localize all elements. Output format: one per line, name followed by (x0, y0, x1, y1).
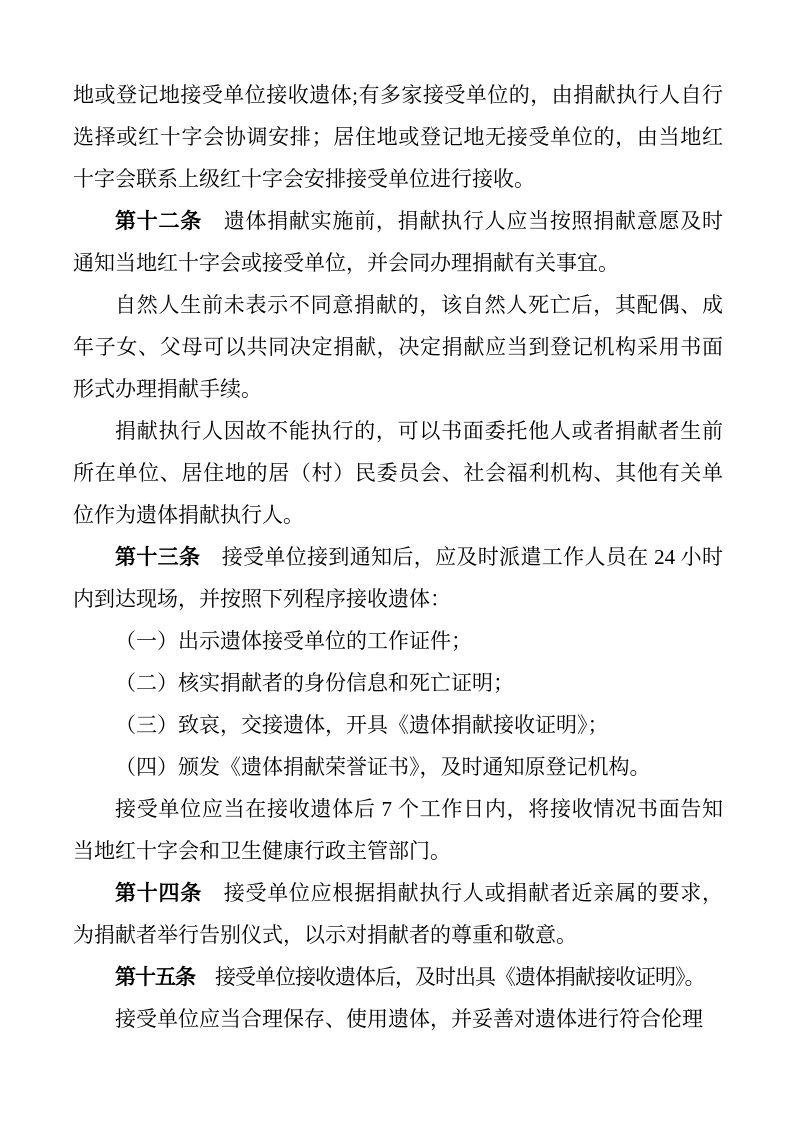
document-page: 地或登记地接受单位接收遗体;有多家接受单位的，由捐献执行人自行选择或红十字会协调… (0, 0, 793, 1122)
article-number: 第十四条 (115, 881, 202, 905)
article-paragraph: 第十三条 接受单位接到通知后，应及时派遣工作人员在 24 小时内到达现场，并按照… (73, 536, 723, 620)
document-body: 地或登记地接受单位接收遗体;有多家接受单位的，由捐献执行人自行选择或红十字会协调… (73, 74, 723, 1040)
paragraph: （一）出示遗体接受单位的工作证件； (73, 620, 723, 662)
paragraph: 捐献执行人因故不能执行的，可以书面委托他人或者捐献者生前所在单位、居住地的居（村… (73, 410, 723, 536)
article-number: 第十二条 (115, 209, 202, 233)
paragraph: 接受单位应当合理保存、使用遗体，并妥善对遗体进行符合伦理 (73, 998, 723, 1040)
article-paragraph: 第十二条 遗体捐献实施前，捐献执行人应当按照捐献意愿及时通知当地红十字会或接受单… (73, 200, 723, 284)
article-paragraph: 第十四条 接受单位应根据捐献执行人或捐献者近亲属的要求，为捐献者举行告别仪式，以… (73, 872, 723, 956)
paragraph: （二）核实捐献者的身份信息和死亡证明； (73, 662, 723, 704)
paragraph-text: 接受单位应当在接收遗体后 7 个工作日内，将接收情况书面告知当地红十字会和卫生健… (73, 797, 723, 863)
paragraph: （三）致哀，交接遗体，开具《遗体捐献接收证明》； (73, 704, 723, 746)
paragraph: 自然人生前未表示不同意捐献的，该自然人死亡后，其配偶、成年子女、父母可以共同决定… (73, 284, 723, 410)
paragraph-text: 自然人生前未表示不同意捐献的，该自然人死亡后，其配偶、成年子女、父母可以共同决定… (73, 293, 723, 401)
paragraph-text: 接受单位接收遗体后，及时出具《遗体捐献接收证明》。 (195, 965, 705, 989)
paragraph-text: （三）致哀，交接遗体，开具《遗体捐献接收证明》； (115, 713, 609, 737)
paragraph-text: 捐献执行人因故不能执行的，可以书面委托他人或者捐献者生前所在单位、居住地的居（村… (73, 419, 723, 527)
article-number: 第十三条 (115, 545, 200, 569)
article-paragraph: 第十五条 接受单位接收遗体后，及时出具《遗体捐献接收证明》。 (73, 956, 723, 998)
paragraph-text: （二）核实捐献者的身份信息和死亡证明； (115, 671, 514, 695)
paragraph-text: 地或登记地接受单位接收遗体;有多家接受单位的，由捐献执行人自行选择或红十字会协调… (73, 83, 723, 191)
paragraph-text: 接受单位应当合理保存、使用遗体，并妥善对遗体进行符合伦理 (115, 1007, 703, 1031)
paragraph: （四）颁发《遗体捐献荣誉证书》，及时通知原登记机构。 (73, 746, 723, 788)
paragraph-text: （一）出示遗体接受单位的工作证件； (115, 629, 472, 653)
paragraph: 接受单位应当在接收遗体后 7 个工作日内，将接收情况书面告知当地红十字会和卫生健… (73, 788, 723, 872)
paragraph: 地或登记地接受单位接收遗体;有多家接受单位的，由捐献执行人自行选择或红十字会协调… (73, 74, 723, 200)
article-number: 第十五条 (115, 965, 195, 989)
paragraph-text: （四）颁发《遗体捐献荣誉证书》，及时通知原登记机构。 (115, 755, 651, 779)
